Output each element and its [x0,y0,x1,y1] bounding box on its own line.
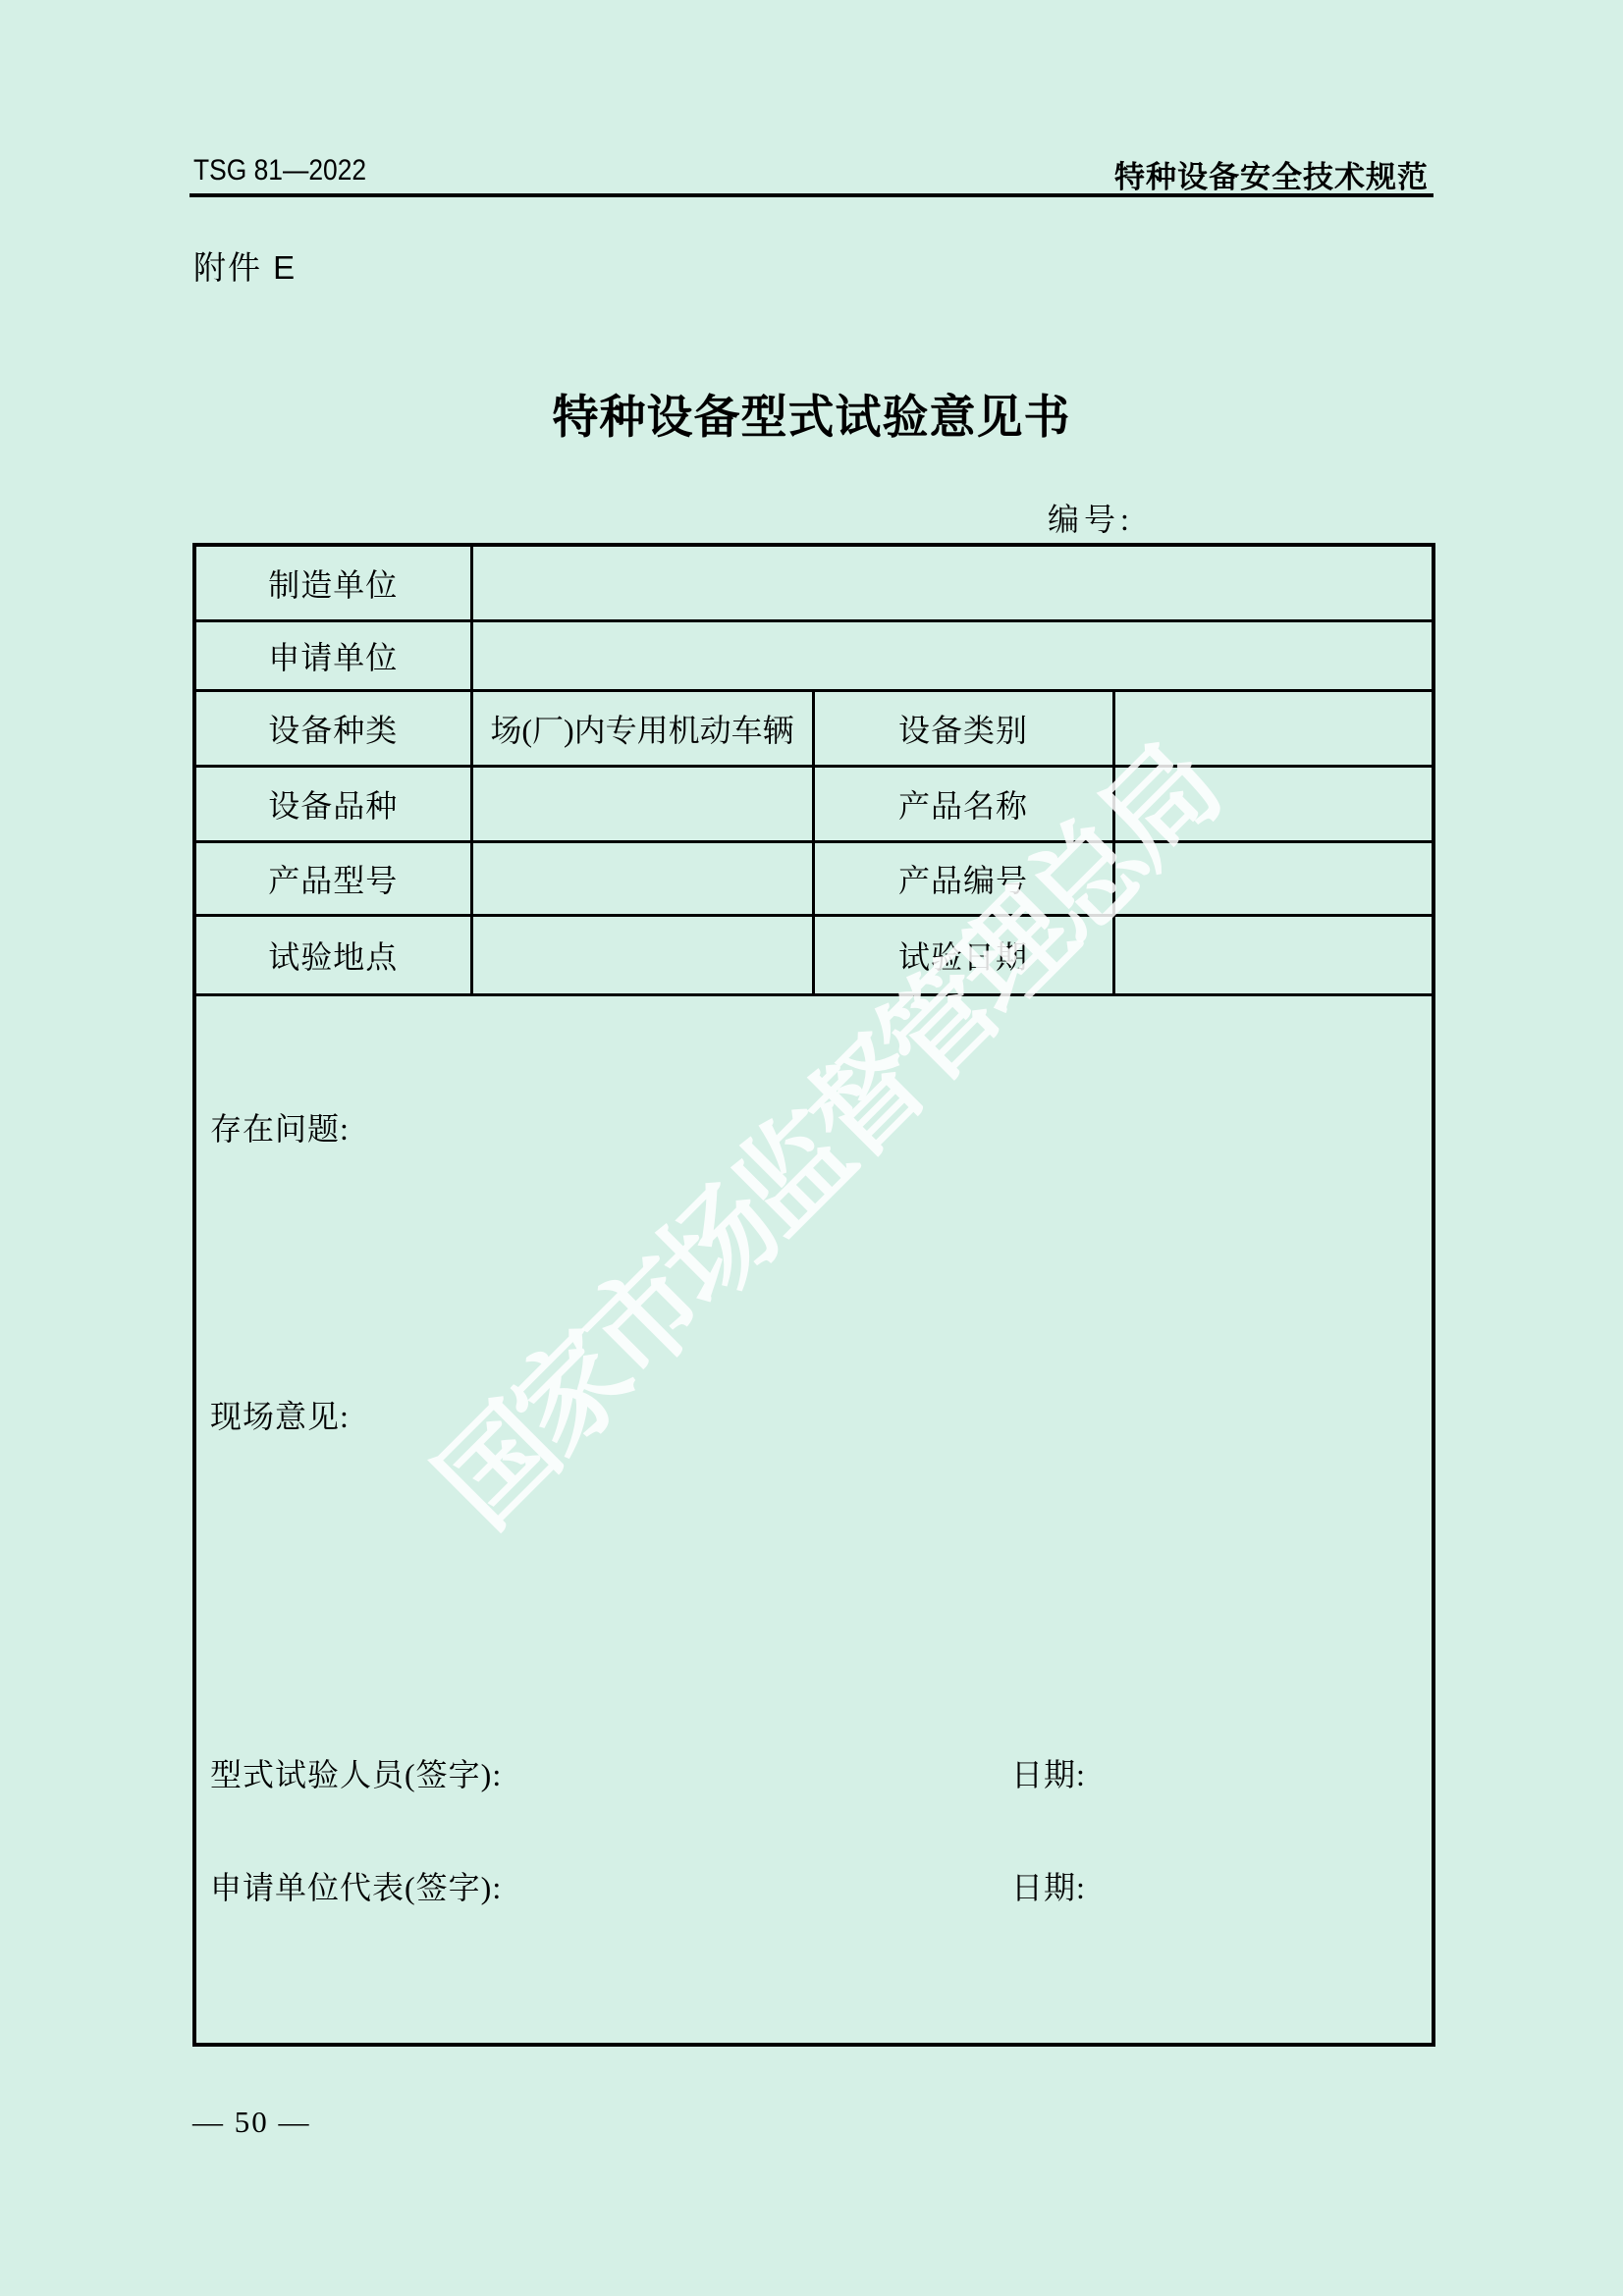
product-number-label: 产品编号 [813,841,1113,915]
test-location-label: 试验地点 [194,915,471,994]
site-opinion-label: 现场意见: [210,1392,350,1437]
equipment-category-value-cell [1113,690,1434,766]
manufacturer-value-cell [471,545,1434,620]
applicant-date-label: 日期: [1011,1863,1086,1908]
row-equipment-variety: 设备品种 产品名称 [194,766,1434,841]
row-manufacturer: 制造单位 [194,545,1434,620]
applicant-label: 申请单位 [194,620,471,690]
equipment-variety-value-cell [471,766,813,841]
problems-label: 存在问题: [210,1104,350,1149]
page-number: — 50 — [192,2105,311,2140]
equipment-kind-value-cell: 场(厂)内专用机动车辆 [471,690,813,766]
row-body: 存在问题: 现场意见: 型式试验人员(签字): 日期: 申请单位代表(签字): … [194,994,1434,2045]
attachment-label: 附件 E [193,242,297,289]
test-date-label: 试验日期 [813,915,1113,994]
equipment-kind-label: 设备种类 [194,690,471,766]
document-page: TSG 81—2022 特种设备安全技术规范 附件 E 特种设备型式试验意见书 … [0,0,1623,2296]
product-number-value-cell [1113,841,1434,915]
product-model-value-cell [471,841,813,915]
test-date-value-cell [1113,915,1434,994]
product-name-value-cell [1113,766,1434,841]
number-label: 编号: [1048,495,1134,540]
opinion-body-cell: 存在问题: 现场意见: 型式试验人员(签字): 日期: 申请单位代表(签字): … [194,994,1434,2045]
row-test-location: 试验地点 试验日期 [194,915,1434,994]
equipment-category-label: 设备类别 [813,690,1113,766]
header-standard-code: TSG 81—2022 [193,154,366,187]
page-title: 特种设备型式试验意见书 [0,381,1623,447]
product-model-label: 产品型号 [194,841,471,915]
header-rule [189,193,1434,197]
tester-date-label: 日期: [1011,1750,1086,1795]
applicant-signature-label: 申请单位代表(签字): [210,1863,502,1908]
product-name-label: 产品名称 [813,766,1113,841]
row-product-model: 产品型号 产品编号 [194,841,1434,915]
form-table: 制造单位 申请单位 设备种类 场(厂)内专用机动车辆 设备类别 设备品种 产品名… [192,543,1435,2047]
tester-signature-label: 型式试验人员(签字): [210,1750,502,1795]
manufacturer-label: 制造单位 [194,545,471,620]
equipment-variety-label: 设备品种 [194,766,471,841]
header-regulation-title: 特种设备安全技术规范 [1114,152,1429,196]
applicant-value-cell [471,620,1434,690]
test-location-value-cell [471,915,813,994]
row-equipment-kind: 设备种类 场(厂)内专用机动车辆 设备类别 [194,690,1434,766]
row-applicant: 申请单位 [194,620,1434,690]
